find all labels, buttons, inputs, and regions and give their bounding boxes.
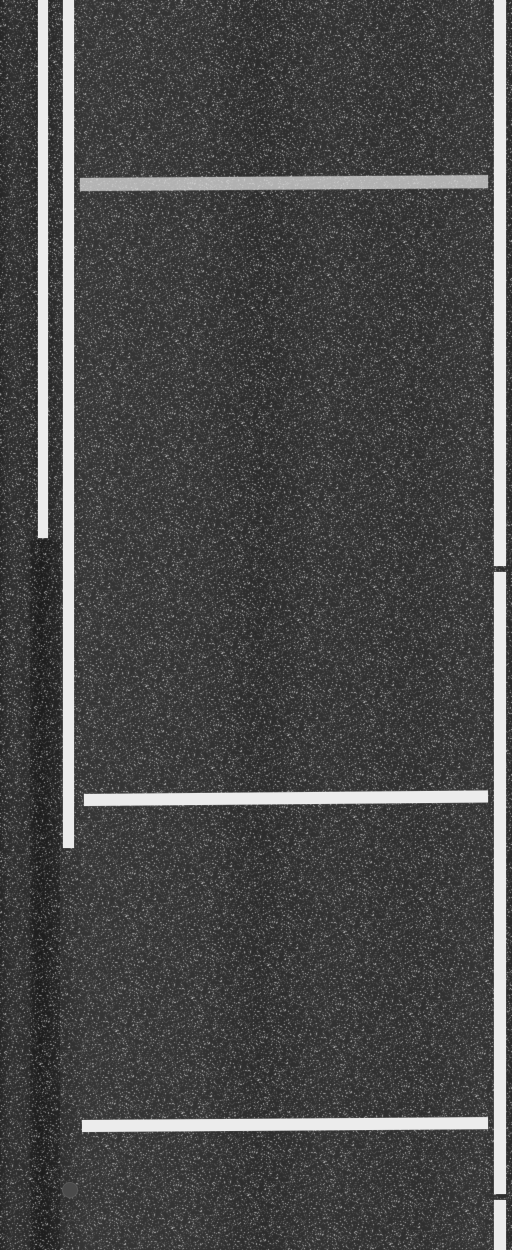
left-edge-line <box>38 0 48 538</box>
right-edge-line-segment <box>494 572 506 1194</box>
lane-divider-line <box>63 0 74 848</box>
road-aerial-scene <box>0 0 512 1250</box>
manhole-cover <box>62 1182 78 1198</box>
right-edge-line-segment <box>494 1200 506 1250</box>
right-edge-line-segment <box>494 0 506 566</box>
